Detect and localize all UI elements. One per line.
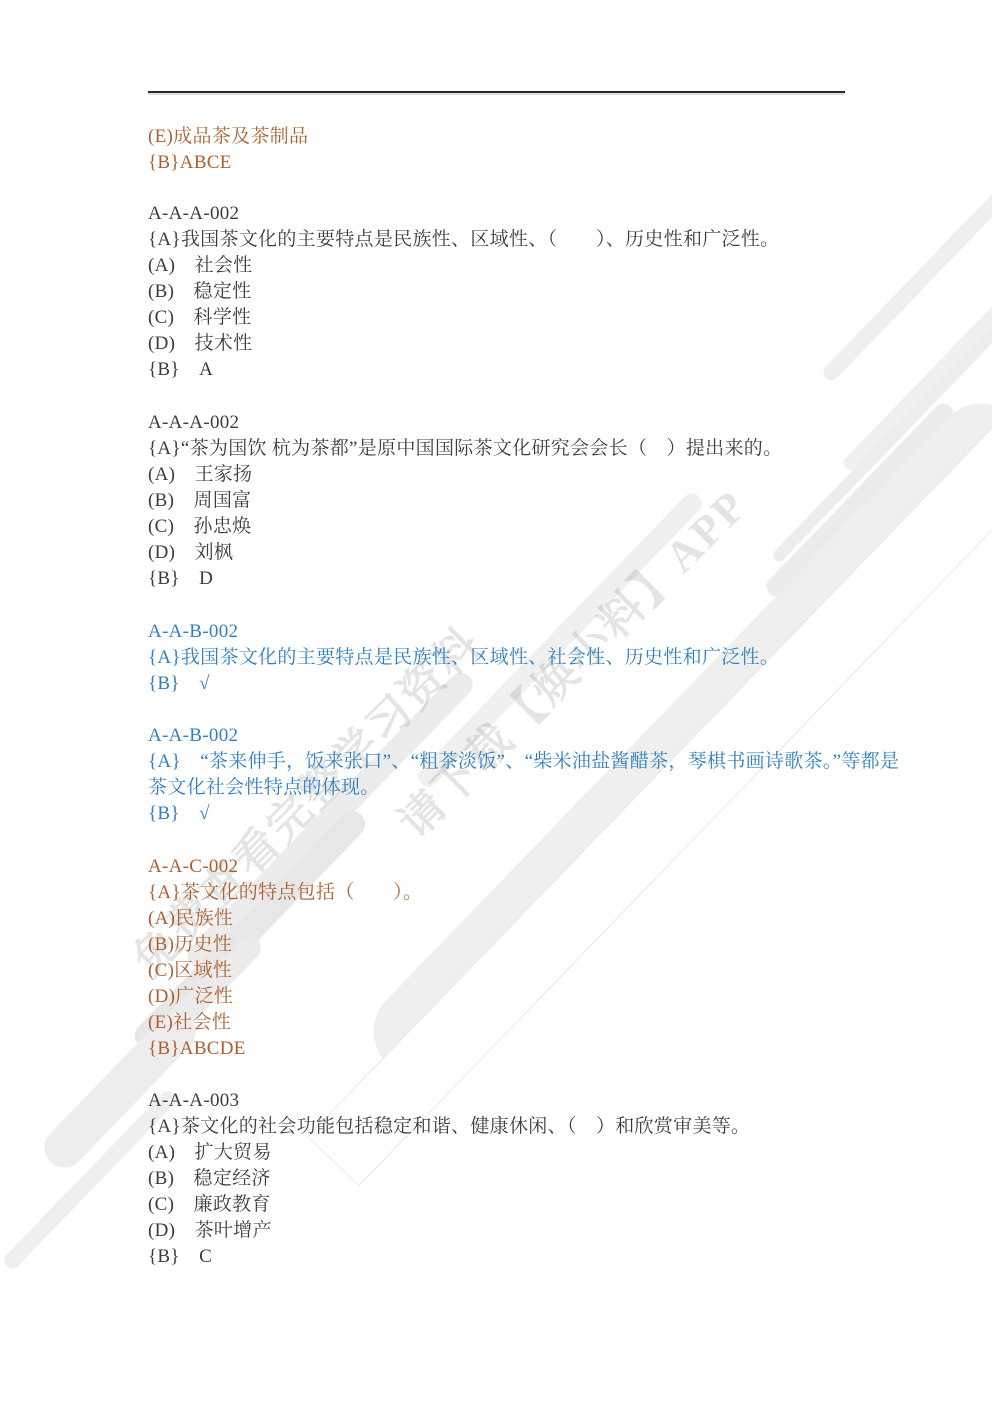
answer-line: {B} A: [148, 357, 779, 383]
option-line: (C) 廉政教育: [148, 1192, 750, 1218]
question-text: {A}我国茶文化的主要特点是民族性、区域性、社会性、历史性和广泛性。: [148, 645, 779, 671]
option-line: (B) 稳定经济: [148, 1166, 750, 1192]
option-line: (D) 刘枫: [148, 540, 782, 566]
question-block: A-A-C-002 {A}茶文化的特点包括（ ）。 (A)民族性 (B)历史性 …: [148, 854, 422, 1062]
question-block: A-A-A-003 {A}茶文化的社会功能包括稳定和谐、健康休闲、（ ）和欣赏审…: [148, 1088, 750, 1270]
option-line: (C) 孙忠焕: [148, 514, 782, 540]
question-block: A-A-B-002 {A}我国茶文化的主要特点是民族性、区域性、社会性、历史性和…: [148, 619, 779, 697]
option-line: (E)社会性: [148, 1010, 422, 1036]
question-text-continued: 茶文化社会性特点的体现。: [148, 775, 899, 801]
question-code: A-A-A-002: [148, 410, 782, 436]
question-code: A-A-B-002: [148, 723, 899, 749]
option-line: (C)区域性: [148, 958, 422, 984]
option-line: (B) 周国富: [148, 488, 782, 514]
option-line: (A) 社会性: [148, 253, 779, 279]
top-rule: [148, 91, 845, 93]
option-line: (A) 王家扬: [148, 462, 782, 488]
question-text: {A}茶文化的特点包括（ ）。: [148, 880, 422, 906]
question-text: {A}我国茶文化的主要特点是民族性、区域性、（ ）、历史性和广泛性。: [148, 227, 779, 253]
question-block: A-A-B-002 {A} “茶来伸手，饭来张口”、“粗茶淡饭”、“柴米油盐酱醋…: [148, 723, 899, 827]
question-code: A-A-A-003: [148, 1088, 750, 1114]
option-line: (B) 稳定性: [148, 279, 779, 305]
option-line: (D)广泛性: [148, 984, 422, 1010]
question-text: {A} “茶来伸手，饭来张口”、“粗茶淡饭”、“柴米油盐酱醋茶，琴棋书画诗歌茶。…: [148, 749, 899, 775]
answer-line: {B}ABCDE: [148, 1036, 422, 1062]
question-text: {A}“茶为国饮 杭为茶都”是原中国国际茶文化研究会会长（ ）提出来的。: [148, 436, 782, 462]
answer-line: {B} C: [148, 1244, 750, 1270]
option-line: (A)民族性: [148, 906, 422, 932]
question-block: (E)成品茶及茶制品 {B}ABCE: [148, 124, 308, 176]
answer-line: {B}ABCE: [148, 150, 308, 176]
question-block: A-A-A-002 {A}我国茶文化的主要特点是民族性、区域性、（ ）、历史性和…: [148, 201, 779, 383]
answer-line: {B} √: [148, 801, 899, 827]
question-text: {A}茶文化的社会功能包括稳定和谐、健康休闲、（ ）和欣赏审美等。: [148, 1114, 750, 1140]
option-line: (A) 扩大贸易: [148, 1140, 750, 1166]
option-line: (D) 茶叶增产: [148, 1218, 750, 1244]
answer-line: {B} D: [148, 566, 782, 592]
question-code: A-A-A-002: [148, 201, 779, 227]
question-code: A-A-C-002: [148, 854, 422, 880]
question-code: A-A-B-002: [148, 619, 779, 645]
question-block: A-A-A-002 {A}“茶为国饮 杭为茶都”是原中国国际茶文化研究会会长（ …: [148, 410, 782, 592]
exam-question-document-page: 免费查看完整学习资料 请下载【焕小料】APP (E)成品茶及茶制品 {B}ABC…: [0, 0, 992, 1403]
option-line: (C) 科学性: [148, 305, 779, 331]
answer-line: {B} √: [148, 671, 779, 697]
option-line: (D) 技术性: [148, 331, 779, 357]
option-line: (E)成品茶及茶制品: [148, 124, 308, 150]
option-line: (B)历史性: [148, 932, 422, 958]
